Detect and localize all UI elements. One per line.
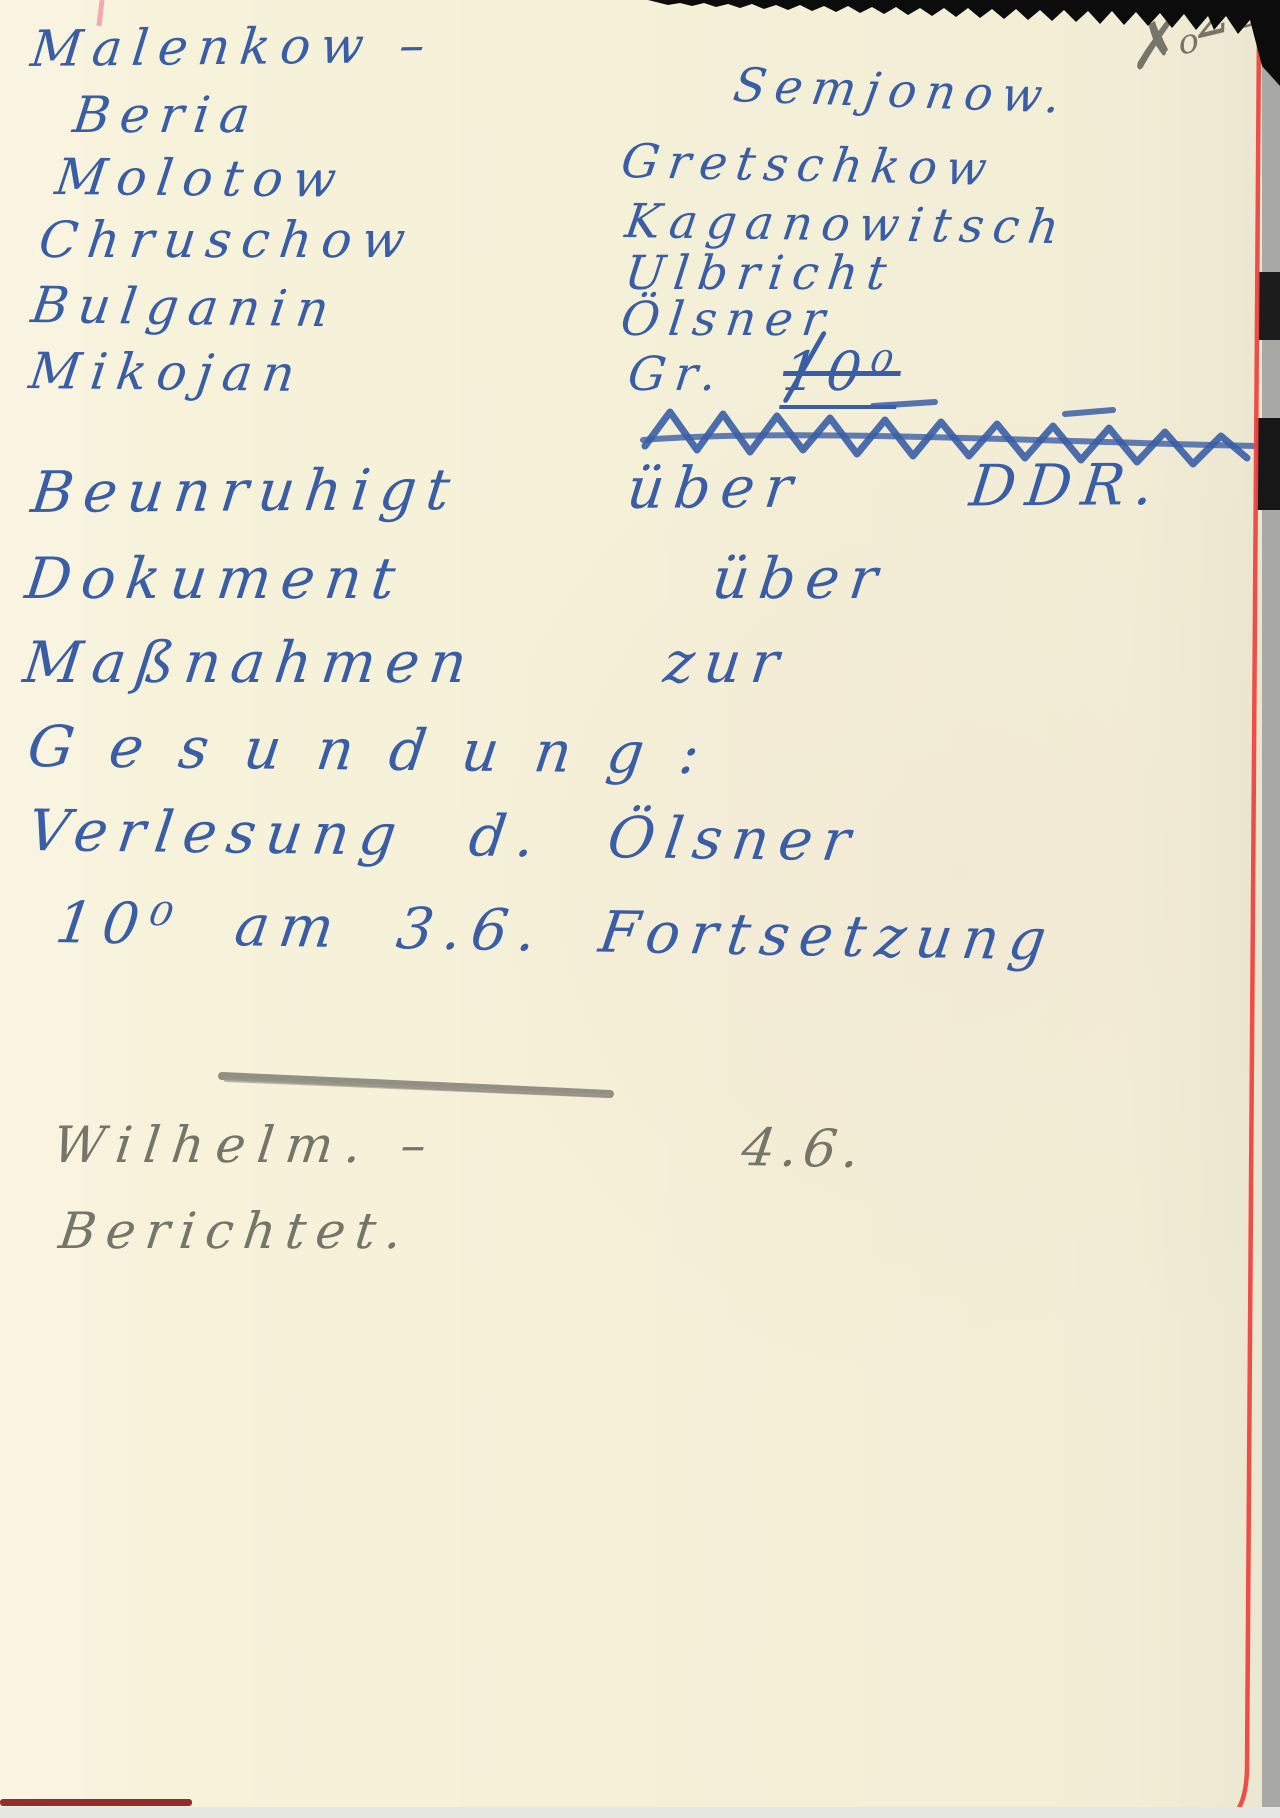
handwritten-line-gr-10: Gr.10⁰	[625, 342, 904, 401]
red-margin-line	[1228, 0, 1268, 1818]
pencil-line-berichtet: Berichtet.	[56, 1204, 415, 1259]
body-line-5: Verlesung d. Ölsner	[24, 800, 864, 873]
handwritten-line-mikojan: Mikojan	[26, 344, 308, 402]
handwritten-line-chruschow: Chruschow	[36, 213, 418, 268]
handwritten-note-scan: Malenkow – Beria Molotow Chruschow Bulga…	[0, 0, 1280, 1818]
body-line-1: Beunruhigt über DDR.	[28, 454, 1166, 525]
pencil-divider-line	[212, 1062, 632, 1102]
body-line-2: Dokument über	[22, 548, 891, 611]
body-line-4: Gesundung:	[24, 716, 739, 786]
body-line-3: Maßnahmen zur	[20, 632, 792, 695]
gr-abbreviation: Gr.	[625, 347, 729, 402]
handwritten-line-oelsner: Ölsner	[618, 294, 837, 346]
pencil-line-wilhelm: Wilhelm. –	[50, 1118, 441, 1173]
torn-edge-top	[0, 0, 1280, 96]
handwritten-line-beria: Beria	[70, 88, 263, 143]
bottom-red-line	[0, 1799, 192, 1806]
handwritten-line-gretschkow: Gretschkow	[618, 136, 999, 196]
body-line-6: 10⁰ am 3.6. Fortsetzung	[52, 892, 1060, 972]
handwritten-line-molotow: Molotow	[52, 150, 349, 208]
bottom-edge-strip	[0, 1807, 1280, 1818]
strike-slash	[782, 330, 827, 403]
handwritten-line-bulganin: Bulganin	[28, 278, 342, 337]
pencil-date-4-6: 4.6.	[738, 1120, 869, 1179]
